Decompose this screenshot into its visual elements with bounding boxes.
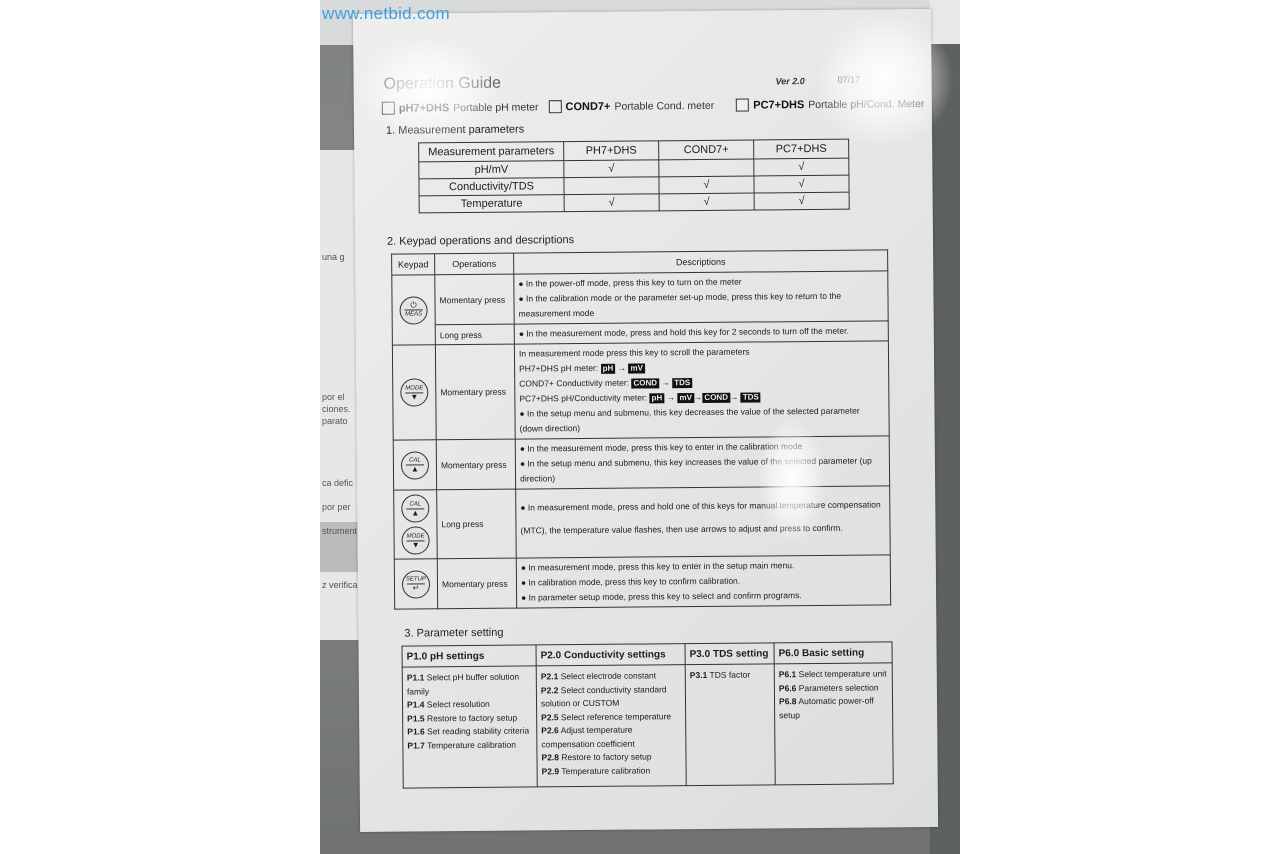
description-line: ● In the setup menu and submenu, this ke…	[520, 453, 885, 486]
mode-down-key-icon: MODE▼	[401, 526, 429, 554]
section-heading: 2. Keypad operations and descriptions	[387, 231, 893, 247]
key-glyph: ▼	[410, 393, 418, 401]
mode-down-key-icon: MODE▼	[400, 378, 428, 406]
model-checklist: pH7+DHSPortable pH meter COND7+Portable …	[382, 97, 892, 114]
date-label: 07/17	[838, 75, 861, 85]
arrow-icon: →	[661, 377, 670, 387]
keypad-cell: CAL▲ MODE▼	[394, 490, 438, 559]
description-line: (MTC), the temperature value flashes, th…	[520, 520, 885, 538]
keypad-operations-table: Keypad Operations Descriptions ⏻MEAS Mom…	[391, 249, 891, 609]
key-glyph: ▼	[412, 541, 420, 549]
model-name: Portable pH/Cond. Meter	[808, 98, 924, 111]
table-row: Temperature √ √ √	[419, 192, 849, 213]
key-label: CAL	[409, 456, 421, 464]
key-glyph: ⏻	[410, 301, 416, 309]
group-items: P2.1 Select electrode constant P2.2 Sele…	[536, 665, 686, 787]
model-name: Portable pH meter	[453, 101, 538, 114]
model-option[interactable]: pH7+DHSPortable pH meter	[382, 100, 539, 114]
operation-cell: Momentary press	[435, 274, 514, 325]
param-name: pH/mV	[419, 161, 564, 179]
param-item: P1.7 Temperature calibration	[407, 738, 532, 753]
operation-guide-sheet: Operation Guide Ver 2.0 07/17 pH7+DHSPor…	[353, 9, 938, 832]
document-title: Operation Guide	[384, 75, 502, 94]
operation-cell: Momentary press	[437, 558, 516, 609]
description-cell: ● In the power-off mode, press this key …	[514, 271, 888, 324]
background-text: ciones.	[322, 404, 351, 414]
key-glyph: ▲	[411, 465, 419, 473]
sequence-label: PH7+DHS pH meter:	[519, 363, 598, 374]
operation-cell: Momentary press	[435, 344, 515, 440]
checkbox[interactable]	[548, 100, 561, 113]
description-line: ● In the setup menu and submenu, this ke…	[519, 403, 884, 436]
background-text: una g	[322, 252, 345, 262]
model-code: pH7+DHS	[399, 102, 450, 114]
param-item: P2.1 Select electrode constant	[541, 669, 681, 684]
param-item: P1.4 Select resolution	[407, 697, 532, 712]
key-label: CAL	[409, 500, 421, 508]
key-label: MODE	[405, 384, 423, 392]
group-title: P3.0 TDS setting	[685, 643, 774, 665]
check-mark: √	[659, 176, 754, 194]
group-items: P3.1 TDS factor	[685, 664, 775, 786]
operation-cell: Long press	[435, 324, 514, 345]
column-header: COND7+	[659, 140, 754, 160]
background-text: z verifica	[322, 580, 358, 590]
param-item: P2.8 Restore to factory setup	[541, 750, 681, 765]
background-text: por el	[322, 392, 345, 402]
checkbox[interactable]	[382, 102, 395, 115]
sequence-label: PC7+DHS pH/Conductivity meter:	[519, 392, 647, 403]
group-items: P6.1 Select temperature unit P6.6 Parame…	[774, 663, 893, 785]
model-name: Portable Cond. meter	[614, 99, 714, 112]
check-mark: √	[564, 160, 659, 178]
param-name: Conductivity/TDS	[419, 178, 564, 196]
cal-up-key-icon: CAL▲	[401, 494, 429, 522]
key-glyph: ▲	[411, 509, 419, 517]
column-header: PC7+DHS	[754, 139, 849, 159]
description-line: ● In measurement mode, press and hold on…	[520, 497, 885, 515]
key-label: SETUP	[406, 575, 426, 583]
description-cell: ● In measurement mode, press and hold on…	[516, 486, 891, 558]
display-tag: TDS	[672, 378, 692, 388]
model-option[interactable]: PC7+DHSPortable pH/Cond. Meter	[736, 97, 924, 112]
param-item: P6.6 Parameters selection	[779, 681, 888, 695]
arrow-icon: →	[667, 392, 676, 402]
display-tag: TDS	[741, 392, 761, 402]
group-items: P1.1 Select pH buffer solution family P1…	[402, 666, 537, 788]
description-line: ● In the measurement mode, press and hol…	[519, 323, 884, 341]
description-cell: In measurement mode press this key to sc…	[514, 341, 889, 439]
check-mark	[564, 177, 659, 195]
description-cell: ● In the measurement mode, press this ke…	[515, 436, 889, 489]
arrow-icon: →	[694, 392, 703, 402]
group-title: P2.0 Conductivity settings	[536, 644, 685, 666]
sequence-label: COND7+ Conductivity meter:	[519, 378, 629, 389]
background-text: parato	[322, 416, 348, 426]
param-item: P2.6 Adjust temperature compensation coe…	[541, 723, 681, 751]
param-item: P6.8 Automatic power-off setup	[779, 694, 888, 722]
check-mark: √	[754, 175, 849, 193]
check-mark: √	[564, 194, 659, 212]
param-item: P1.1 Select pH buffer solution family	[407, 670, 532, 698]
section-heading: 3. Parameter setting	[404, 623, 896, 639]
display-tag: pH	[601, 364, 616, 374]
description-line: ● In the calibration mode or the paramet…	[518, 288, 883, 321]
check-mark: √	[754, 192, 849, 210]
section-heading: 1. Measurement parameters	[386, 120, 892, 136]
column-header: PH7+DHS	[564, 141, 659, 161]
check-mark: √	[754, 158, 849, 176]
param-item: P2.9 Temperature calibration	[542, 764, 682, 779]
display-tag: mV	[628, 363, 645, 373]
table-row: CAL▲ MODE▼ Long press ● In measurement m…	[394, 486, 891, 559]
operation-cell: Long press	[437, 489, 517, 559]
title-row: Operation Guide Ver 2.0 07/17	[382, 67, 892, 97]
measurement-parameters-table: Measurement parameters PH7+DHS COND7+ PC…	[418, 139, 850, 214]
group-title: P1.0 pH settings	[402, 645, 536, 667]
keypad-cell: MODE▼	[392, 345, 436, 440]
column-header: Keypad	[392, 254, 435, 275]
setup-enter-key-icon: SETUP↵	[402, 570, 430, 598]
checkbox[interactable]	[736, 99, 749, 112]
display-tag: COND	[631, 378, 659, 388]
display-tag: pH	[649, 393, 664, 403]
table-row: P1.1 Select pH buffer solution family P1…	[402, 663, 893, 788]
column-header: Operations	[435, 253, 514, 275]
background-text: ca defic	[322, 478, 353, 488]
display-tag: mV	[677, 393, 694, 403]
arrow-icon: →	[730, 392, 739, 402]
power-meas-key-icon: ⏻MEAS	[399, 296, 427, 324]
model-code: COND7+	[565, 100, 610, 112]
table-row: ⏻MEAS Momentary press ● In the power-off…	[392, 271, 888, 325]
background-text: strument	[322, 526, 357, 536]
table-row: MODE▼ Momentary press In measurement mod…	[392, 341, 889, 440]
arrow-icon: →	[618, 363, 627, 373]
key-label: MEAS	[405, 310, 422, 318]
background-text: por per	[322, 502, 351, 512]
table-row: CAL▲ Momentary press ● In the measuremen…	[393, 436, 889, 490]
key-glyph: ↵	[413, 584, 420, 592]
column-header: Measurement parameters	[419, 142, 564, 162]
description-cell: ● In measurement mode, press this key to…	[516, 555, 890, 608]
version-label: Ver 2.0	[776, 76, 805, 86]
keypad-cell: ⏻MEAS	[392, 275, 436, 345]
param-item: P2.2 Select conductivity standard soluti…	[541, 683, 681, 711]
cal-up-key-icon: CAL▲	[401, 451, 429, 479]
param-name: Temperature	[419, 195, 564, 213]
display-tag: COND	[702, 393, 730, 403]
watermark: www.netbid.com	[322, 4, 450, 24]
param-item: P3.1 TDS factor	[690, 668, 770, 682]
description-line: ● In parameter setup mode, press this ke…	[521, 587, 886, 605]
keypad-cell: SETUP↵	[394, 559, 437, 609]
group-title: P6.0 Basic setting	[774, 642, 892, 664]
background-right-top	[930, 0, 960, 44]
param-item: P2.5 Select reference temperature	[541, 710, 681, 725]
param-item: P1.6 Set reading stability criteria	[407, 724, 532, 739]
table-row: SETUP↵ Momentary press ● In measurement …	[394, 555, 890, 609]
check-mark: √	[659, 193, 754, 211]
param-item: P1.5 Restore to factory setup	[407, 711, 532, 726]
model-option[interactable]: COND7+Portable Cond. meter	[548, 99, 714, 113]
operation-cell: Momentary press	[436, 439, 515, 490]
key-label: MODE	[407, 532, 425, 540]
keypad-cell: CAL▲	[393, 440, 436, 490]
parameter-setting-table: P1.0 pH settings P2.0 Conductivity setti…	[402, 641, 894, 788]
sheet-content: Operation Guide Ver 2.0 07/17 pH7+DHSPor…	[382, 67, 898, 788]
model-code: PC7+DHS	[753, 99, 804, 111]
check-mark	[659, 159, 754, 177]
param-item: P6.1 Select temperature unit	[779, 667, 888, 681]
